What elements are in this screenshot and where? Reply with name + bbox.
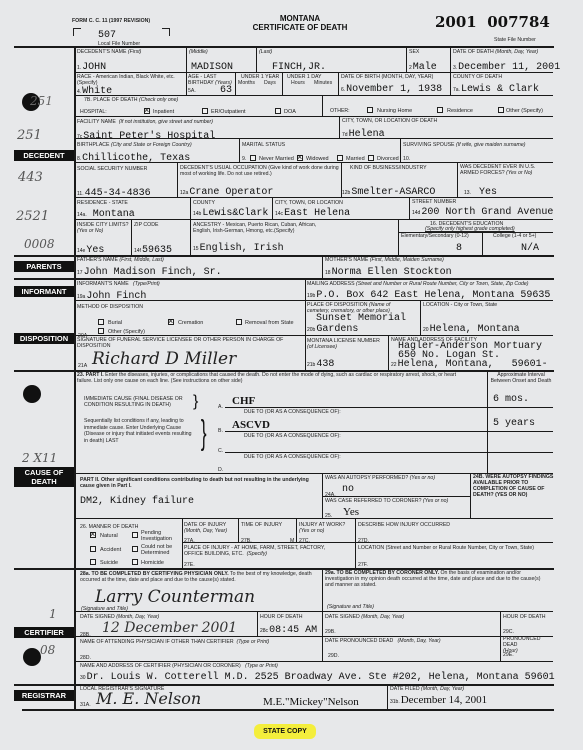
section-rule: [22, 709, 554, 711]
married-checkbox[interactable]: [337, 155, 343, 161]
coroner-ref-value: Yes: [343, 506, 359, 518]
section-decedent: DECEDENT: [14, 150, 74, 161]
father-label: FATHER'S NAME (First, Middle, Last): [77, 257, 164, 263]
row-line: [75, 95, 553, 96]
widowed-checkbox[interactable]: [297, 155, 303, 161]
section-parents: PARENTS: [14, 261, 74, 272]
time-m: M: [290, 538, 294, 544]
due-to-c: DUE TO (OR AS A CONSEQUENCE OF):: [244, 454, 341, 460]
margin-note-1: 251: [30, 94, 53, 108]
city-death-value: 7dHelena: [342, 129, 385, 141]
num-29d: 29d.: [328, 653, 339, 659]
row-line: [75, 162, 553, 163]
form-title: MONTANA CERTIFICATE OF DEATH: [200, 14, 400, 32]
inside-label: INSIDE CITY LIMITS? (Yes or No): [77, 222, 129, 234]
injury-place-label: PLACE OF INJURY - At home, farm, street,…: [184, 545, 344, 557]
city-death-label: CITY, TOWN, OR LOCATION OF DEATH: [342, 118, 437, 124]
er-checkbox[interactable]: [202, 108, 208, 114]
injury-work-label: INJURY AT WORK?(Yes or no): [299, 522, 345, 534]
div: [322, 95, 323, 116]
undetermined-checkbox[interactable]: [132, 546, 138, 552]
div: [272, 197, 273, 219]
hole-punch-icon: [23, 385, 41, 403]
row-line: [75, 518, 553, 519]
birthplace-value: 8.Chillicothe, Texas: [77, 153, 190, 165]
div: [450, 72, 451, 95]
part2-value: DM2, Kidney failure: [80, 496, 194, 507]
cremation-checkbox[interactable]: [168, 319, 174, 325]
never-married-checkbox[interactable]: [250, 155, 256, 161]
brace-a: }: [193, 394, 198, 410]
age-num: 5a.: [188, 88, 196, 94]
row-line: [75, 219, 553, 220]
cause-label-1: CAUSE OF: [14, 468, 74, 477]
div: [257, 611, 258, 637]
row-line: [75, 197, 553, 198]
div: [482, 232, 483, 255]
street-value: 14d200 North Grand Avenue: [412, 207, 553, 219]
div: [387, 684, 388, 710]
state-file-number: 2001 007784: [435, 13, 550, 31]
a-letter: a.: [218, 404, 223, 410]
burial-label: Burial: [108, 320, 122, 326]
funeral-sig-label: SIGNATURE OF FUNERAL SERVICE LICENSEE OR…: [77, 337, 307, 349]
er-label: ER/Outpatient: [211, 109, 246, 115]
facility-label: FACILITY NAME (If not institution, give …: [77, 119, 213, 125]
physician-signature: Larry Counterman: [95, 587, 255, 607]
undetermined-label: Could not be Determined: [141, 544, 176, 556]
months-label: Months: [238, 80, 255, 86]
section-rule: [14, 278, 554, 280]
row-line: [75, 138, 553, 139]
injury-how-label: DESCRIBE HOW INJURY OCCURRED: [358, 522, 450, 528]
residence-checkbox[interactable]: [437, 107, 443, 113]
num-31a: 31a.: [80, 702, 91, 708]
res-county-label: COUNTY: [193, 200, 215, 206]
injury-location-label: LOCATION (Street and Number or Rural Rou…: [358, 545, 534, 551]
brace-b: }: [201, 416, 207, 450]
div: [186, 47, 187, 73]
place-disp-line1: Sunset Memorial: [316, 313, 406, 324]
elem-value: 8: [456, 243, 462, 254]
natural-checkbox[interactable]: [90, 532, 96, 538]
marital-label: MARITAL STATUS: [242, 142, 285, 148]
business-label: KIND OF BUSINESS/INDUSTRY: [350, 165, 427, 171]
local-file-bracket-right: [162, 28, 170, 36]
manner-label: 26. MANNER OF DEATH: [80, 524, 138, 530]
ssn-value: 11.445-34-4836: [77, 188, 151, 200]
div: [256, 47, 257, 73]
accident-label: Accident: [100, 547, 121, 553]
registrar-signature: M. E. Nelson: [96, 689, 201, 708]
registrar-name: M.E."Mickey"Nelson: [263, 697, 359, 708]
hours-label: Hours: [291, 80, 305, 86]
date-filed-value: 31b.December 14, 2001: [390, 694, 487, 706]
pending-checkbox[interactable]: [132, 532, 138, 538]
row-line: [182, 542, 553, 543]
form-title-line2: CERTIFICATE OF DEATH: [200, 23, 400, 32]
ancestry-value: 15English, Irish: [193, 243, 284, 255]
b-letter: b.: [218, 428, 223, 434]
form-title-line1: MONTANA: [200, 14, 400, 23]
hour-death-label: HOUR OF DEATH: [260, 614, 303, 620]
local-file-number: 507: [98, 30, 116, 41]
coroner-ref-label: WAS CASE REFERRED TO CORONER? (Yes or no…: [325, 498, 448, 504]
date-filed-label: DATE FILED (Month, Day, Year): [390, 686, 464, 692]
div: [305, 300, 306, 335]
div: [339, 116, 340, 138]
div: [235, 72, 236, 95]
interval-label: Approximate Interval Between Onset and D…: [490, 372, 552, 384]
homicide-checkbox[interactable]: [132, 559, 138, 565]
margin-note-3: 443: [18, 170, 43, 185]
row-line: [75, 661, 553, 662]
section-informant: INFORMANT: [14, 286, 74, 297]
div: [182, 518, 183, 568]
interval-b: 5 years: [493, 418, 535, 429]
div: [355, 518, 356, 568]
margin-note-7: 1: [49, 607, 57, 621]
num-27b: 27b.: [241, 538, 252, 544]
place-death-label: 7b. PLACE OF DEATH (Check only one): [84, 97, 178, 103]
dob-label: DATE OF BIRTH (Month, Day, Year): [341, 74, 433, 80]
certifier-address-value: 30Dr. Louis W. Cotterell M.D. 2525 Broad…: [80, 672, 555, 684]
birthplace-label: BIRTHPLACE (City and State or Foreign Co…: [77, 142, 192, 148]
form-id: FORM C. C. 11 (1997 revision): [72, 18, 150, 24]
street-label: STREET NUMBER: [412, 199, 456, 205]
physician-cert-text: 28a. TO BE COMPLETED BY CERTIFYING PHYSI…: [80, 571, 315, 583]
state-copy-stamp: STATE COPY: [254, 724, 316, 739]
other-specify-label: Other (Specify): [506, 108, 543, 114]
pending-label: Pending Investigation: [141, 530, 176, 542]
removal-checkbox[interactable]: [236, 319, 242, 325]
mother-label: MOTHER'S NAME (First, Middle, Maiden Sur…: [325, 257, 444, 263]
div: [177, 162, 178, 198]
accident-checkbox[interactable]: [90, 546, 96, 552]
div: [296, 518, 297, 542]
div: [190, 219, 191, 255]
divorced-checkbox[interactable]: [368, 155, 374, 161]
attending-label: NAME OF ATTENDING PHYSICIAN IF OTHER THA…: [80, 639, 269, 645]
funeral-signature: Richard D Miller: [92, 349, 236, 369]
last-name-label: (Last): [259, 49, 272, 55]
row-line: [75, 636, 553, 637]
mailing-label: MAILING ADDRESS (Street and Number or Ru…: [307, 281, 529, 287]
num-27c: 27c.: [299, 538, 310, 544]
autopsy-value: no: [342, 484, 354, 495]
injury-time-label: TIME OF INJURY: [241, 522, 282, 528]
line-c: [225, 452, 553, 453]
div: [338, 72, 339, 95]
nursing-label: Nursing Home: [377, 108, 412, 114]
margin-note-6: 2 X11: [22, 451, 57, 465]
ancestry-label: ANCESTRY - Mexican, Puerto Rican, Cuban,…: [193, 222, 333, 234]
ssn-label: SOCIAL SECURITY NUMBER: [77, 166, 147, 172]
college-value: N/A: [521, 243, 539, 254]
part2-text: PART II. Other significant conditions co…: [80, 477, 310, 489]
sequential-label: Sequentially list conditions if any, lea…: [84, 418, 194, 444]
cremation-label: Cremation: [178, 320, 203, 326]
row-line: [75, 116, 553, 117]
num-29c: 29c.: [503, 629, 514, 635]
removal-label: Removal from State: [245, 320, 294, 326]
other-specify-checkbox[interactable]: [498, 107, 504, 113]
days-label: Days: [264, 80, 276, 86]
div: [487, 370, 488, 473]
res-city-label: CITY, TOWN, OR LOCATION: [275, 200, 343, 206]
section-disposition: DISPOSITION: [14, 333, 74, 344]
div: [400, 138, 401, 162]
margin-note-8: 08: [40, 643, 55, 657]
line-b: [225, 431, 553, 432]
method-label: METHOD OF DISPOSITION: [77, 304, 143, 310]
homicide-label: Homicide: [141, 560, 164, 566]
county-death-label: COUNTY OF DEATH: [453, 74, 502, 80]
res-state-label: RESIDENCE - STATE: [77, 200, 128, 206]
doa-checkbox[interactable]: [275, 108, 281, 114]
location-disp-label: LOCATION - City or Town, State: [423, 302, 497, 308]
certifier-address-label: NAME AND ADDRESS OF CERTIFIER (PHYSICIAN…: [80, 663, 278, 669]
hospital-label: HOSPITAL:: [80, 109, 107, 115]
minutes-label: Minutes: [314, 80, 332, 86]
div: [420, 300, 421, 335]
date-signed-value: 12 December 2001: [102, 620, 237, 636]
spouse-label: SURVIVING SPOUSE (If wife, give maiden s…: [403, 142, 525, 148]
zip-label: ZIP CODE: [134, 222, 158, 228]
cor-hour-label: HOUR OF DEATH: [503, 614, 546, 620]
interval-a: 6 mos.: [493, 394, 529, 405]
first-name-label: DECEDENT'S NAME (First): [77, 49, 141, 55]
coroner-sig-title: (Signature and Title): [327, 604, 374, 610]
injury-date-label: DATE OF INJURY (Month, Day, Year): [184, 522, 234, 534]
other-place-label: OTHER:: [330, 108, 350, 114]
hole-punch-icon: [23, 648, 41, 666]
inpatient-label: Inpatient: [153, 109, 174, 115]
part1-text: 23. PART I. Enter the diseases, injuries…: [77, 372, 472, 384]
div: [305, 335, 306, 370]
c-letter: c.: [218, 448, 223, 454]
section-cause-of-death: CAUSE OF DEATH: [14, 467, 74, 487]
margin-note-2: 251: [17, 128, 42, 143]
margin-note-4: 2521: [16, 209, 49, 224]
nursing-checkbox[interactable]: [367, 107, 373, 113]
armed-label: WAS DECEDENT EVER IN U.S. ARMED FORCES? …: [460, 164, 550, 176]
row-line: [322, 496, 470, 497]
middle-name-label: (Middle): [189, 49, 208, 55]
local-file-bracket: [73, 28, 81, 36]
autopsy-label: WAS AN AUTOPSY PERFORMED? (Yes or no): [325, 475, 435, 481]
immediate-label: IMMEDIATE CAUSE (Final disease or condit…: [84, 396, 184, 408]
row-line: [75, 335, 553, 336]
dod-label: DATE OF DEATH (Month, Day, Year): [453, 49, 538, 55]
sex-label: SEX: [409, 49, 419, 55]
burial-checkbox[interactable]: [98, 319, 104, 325]
div: [470, 473, 471, 518]
informant-value: 19aJohn Finch: [77, 291, 146, 303]
top-rule: [14, 46, 554, 48]
line-a: [225, 407, 553, 408]
cause-b-value: ASCVD: [232, 419, 270, 431]
div: [282, 72, 283, 95]
num-27d: 27d.: [358, 538, 369, 544]
inpatient-checkbox[interactable]: [144, 108, 150, 114]
div: [322, 568, 323, 662]
div: [398, 219, 399, 255]
row-line: [75, 72, 553, 73]
div: [388, 335, 389, 370]
div: [305, 278, 306, 300]
num-29e: 29e.: [503, 652, 514, 658]
doa-label: DOA: [284, 109, 296, 115]
div: [457, 162, 458, 198]
cause-a-value: CHF: [232, 395, 255, 407]
row-line: [75, 300, 553, 301]
section-registrar: REGISTRAR: [14, 690, 74, 701]
div: [238, 518, 239, 542]
div: [406, 47, 407, 73]
margin-note-5: 0008: [24, 237, 55, 251]
pronounced-date-label: DATE PRONOUNCED DEAD (Month, Day, Year): [325, 638, 441, 644]
due-to-b: DUE TO (OR AS A CONSEQUENCE OF):: [244, 433, 341, 439]
coroner-cert-text: 29a. TO BE COMPLETED BY CORONER ONLY. On…: [325, 570, 550, 588]
div: [190, 197, 191, 219]
div: [186, 72, 187, 95]
num-29b: 29b.: [325, 629, 336, 635]
suicide-label: Suicide: [100, 560, 118, 566]
section-certifier: CERTIFIER: [14, 627, 74, 638]
residence-label: Residence: [447, 108, 473, 114]
due-to-a: DUE TO (OR AS A CONSEQUENCE OF):: [244, 409, 341, 415]
row-line: [75, 611, 553, 612]
cor-date-label: DATE SIGNED (Month, Day, Year): [325, 614, 404, 620]
other-disposition-checkbox[interactable]: [98, 328, 104, 334]
div: [239, 138, 240, 162]
elem-label: Elementary/Secondary (0-12): [401, 233, 469, 239]
occupation-label: DECEDENT'S USUAL OCCUPATION (Give kind o…: [180, 165, 340, 177]
race-label: RACE - American Indian, Black White, etc…: [77, 74, 177, 86]
informant-label: INFORMANT'S NAME (Type/Print): [77, 281, 160, 287]
cause-label-2: DEATH: [14, 477, 74, 486]
num-27a: 27a.: [184, 538, 195, 544]
state-file-label: State File Number: [494, 37, 536, 43]
findings-label: 24b. WERE AUTOPSY FINDINGS AVAILABLE PRI…: [473, 474, 555, 498]
college-label: College (1-4 or 5+): [493, 233, 536, 239]
div: [131, 219, 132, 255]
sig-num: 21a: [78, 363, 87, 369]
div: [450, 47, 451, 73]
div: [409, 197, 410, 219]
suicide-checkbox[interactable]: [90, 559, 96, 565]
natural-label: Natural: [100, 533, 118, 539]
num-28b: 28b.: [80, 632, 91, 638]
license-label: MONTANA LICENSE NUMBER (of Licensee): [307, 338, 387, 350]
div: [322, 255, 323, 278]
